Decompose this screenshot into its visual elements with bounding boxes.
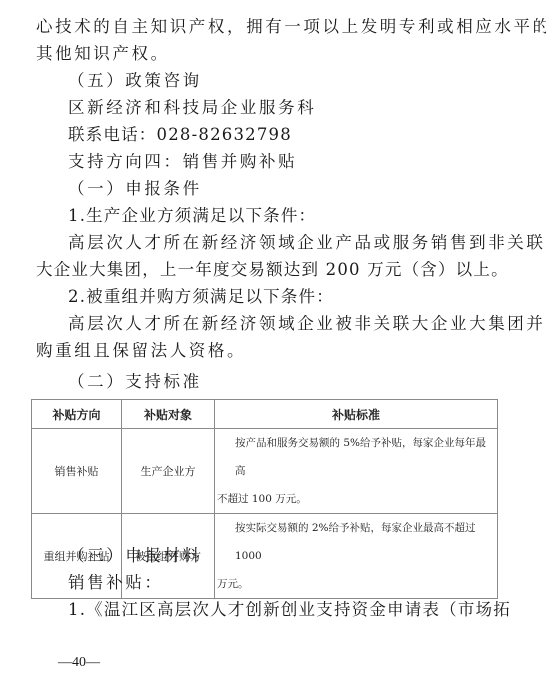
section-heading: （三）申报材料	[68, 546, 202, 566]
standard-text: 按产品和服务交易额的 5%给予补贴，每家企业每年最高	[217, 429, 495, 485]
cell-standard: 按实际交易额的 2%给予补贴，每家企业最高不超过 1000 万元。	[215, 514, 498, 599]
contact-department: 区新经济和科技局企业服务科	[68, 98, 316, 118]
table-header-row: 补贴方向 补贴对象 补贴标准	[32, 400, 498, 429]
section-title: 支持方向四：销售并购补贴	[68, 152, 297, 172]
cell-direction: 销售补贴	[32, 429, 122, 514]
section-heading: （一）申报条件	[68, 179, 202, 199]
header-target: 补贴对象	[122, 400, 215, 429]
paragraph-line: 高层次人才所在新经济领域企业被非关联大企业大集团并	[68, 314, 546, 334]
page-number: —40—	[58, 655, 100, 671]
paragraph-line: 高层次人才所在新经济领域企业产品或服务销售到非关联	[68, 233, 546, 253]
standard-text: 按实际交易额的 2%给予补贴，每家企业最高不超过 1000	[217, 514, 495, 570]
contact-phone: 联系电话：028-82632798	[68, 125, 292, 145]
header-standard: 补贴标准	[215, 400, 498, 429]
paragraph-line: 大企业大集团，上一年度交易额达到 200 万元（含）以上。	[36, 260, 509, 280]
paragraph-line: 1.《温江区高层次人才创新创业支持资金申请表（市场拓	[68, 600, 511, 620]
standard-text: 万元。	[217, 578, 249, 590]
section-heading: （五）政策咨询	[68, 71, 202, 91]
paragraph-line: 销售补贴：	[68, 573, 164, 593]
paragraph-line: 购重组且保留法人资格。	[36, 341, 246, 361]
table-row: 销售补贴 生产企业方 按产品和服务交易额的 5%给予补贴，每家企业每年最高 不超…	[32, 429, 498, 514]
header-direction: 补贴方向	[32, 400, 122, 429]
section-heading: （二）支持标准	[68, 372, 202, 392]
standard-text: 不超过 100 万元。	[217, 493, 307, 505]
support-standard-table: 补贴方向 补贴对象 补贴标准 销售补贴 生产企业方 按产品和服务交易额的 5%给…	[31, 399, 498, 599]
condition-heading: 2.被重组并购方须满足以下条件：	[68, 287, 334, 307]
condition-heading: 1.生产企业方须满足以下条件：	[68, 206, 316, 226]
paragraph-line: 心技术的自主知识产权，拥有一项以上发明专利或相应水平的	[36, 17, 546, 37]
cell-target: 生产企业方	[122, 429, 215, 514]
paragraph-line: 其他知识产权。	[36, 44, 170, 64]
cell-standard: 按产品和服务交易额的 5%给予补贴，每家企业每年最高 不超过 100 万元。	[215, 429, 498, 514]
